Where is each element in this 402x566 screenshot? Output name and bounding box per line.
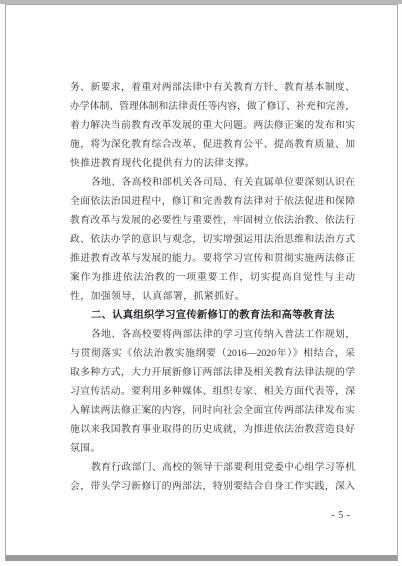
text-line: 会，带头学习新修订的两部法，特别要结合自身工作实践，深入: [70, 477, 355, 496]
section-heading: 二、认真组织学习宣传新修订的教育法和高等教育法: [70, 306, 355, 325]
text-line: 案作为推进依法治教的一项重要工作，切实提高自觉性与主动: [70, 268, 355, 287]
text-line: 各地、各高校和部机关各司局、有关直属单位要深刻认识在: [70, 173, 355, 192]
text-line: 入解读两法修正案的内容，同时向社会全面宣传两部法律发布实: [70, 401, 355, 420]
text-line: 各地、各高校要将两部法律的学习宣传纳入普法工作规划，: [70, 325, 355, 344]
text-line: 施，将为深化教育综合改革、促进教育公平、提高教育质量、加: [70, 135, 355, 154]
text-line: 性，加强领导，认真部署，抓紧抓好。: [70, 287, 355, 306]
text-line: 取多种方式，大力开展新修订两部法律及相关教育法律法规的学: [70, 363, 355, 382]
text-line: 教育行政部门、高校的领导干部要利用党委中心组学习等机: [70, 458, 355, 477]
text-line: 氛围。: [70, 439, 355, 458]
scanned-document-view: 务、新要求，着重对两部法律中有关教育方针、教育基本制度、办学体制、管理体制和法律…: [0, 0, 402, 566]
text-line: 着力解决当前教育改革发展的重大问题。两法修正案的发布和实: [70, 116, 355, 135]
text-line: 施以来我国教育事业取得的历史成就，为推进依法治教营造良好: [70, 420, 355, 439]
text-line: 全面依法治国进程中，修订和完善教育法律对于依法促进和保障: [70, 192, 355, 211]
document-body: 务、新要求，着重对两部法律中有关教育方针、教育基本制度、办学体制、管理体制和法律…: [70, 78, 355, 496]
text-line: 务、新要求，着重对两部法律中有关教育方针、教育基本制度、: [70, 78, 355, 97]
page-number: - 5 -: [318, 509, 364, 523]
text-line: 推进教育改革与发展的能力。要将学习宣传和贯彻实施两法修正: [70, 249, 355, 268]
text-line: 与贯彻落实《依法治教实施纲要（2016—2020年）》相结合，采: [70, 344, 355, 363]
text-line: 政、依法办学的意识与观念，切实增强运用法治思维和法治方式: [70, 230, 355, 249]
text-line: 快推进教育现代化提供有力的法律支撑。: [70, 154, 355, 173]
document-page: 务、新要求，着重对两部法律中有关教育方针、教育基本制度、办学体制、管理体制和法律…: [5, 4, 398, 561]
text-line: 习宣传活动。要利用多种媒体、组织专家、相关方面代表等，深: [70, 382, 355, 401]
text-line: 教育改革与发展的必要性与重要性，牢固树立依法治教、依法行: [70, 211, 355, 230]
text-line: 办学体制、管理体制和法律责任等内容，做了修订、补充和完善，: [70, 97, 355, 116]
